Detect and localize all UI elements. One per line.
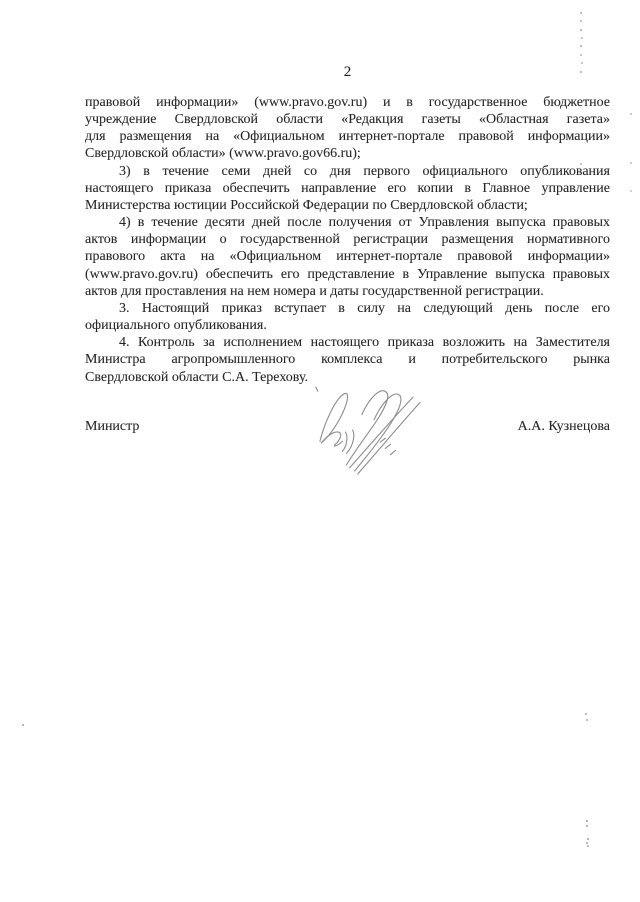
- scan-noise-artifacts: [0, 0, 2, 2]
- text-line: Министра агропромышленного комплекса и п…: [85, 351, 610, 368]
- text-line: официального опубликования.: [85, 317, 610, 334]
- text-line: учреждение Свердловской области «Редакци…: [85, 111, 610, 128]
- text-line: для размещения на «Официальном интернет-…: [85, 128, 610, 145]
- text-line: 4) в течение десяти дней после получения…: [85, 214, 610, 231]
- text-line: настоящего приказа обеспечить направлени…: [85, 180, 610, 197]
- page-number: 2: [85, 64, 610, 81]
- document-body: правовой информации» (www.pravo.gov.ru) …: [85, 94, 610, 386]
- text-line: правовой информации» (www.pravo.gov.ru) …: [85, 94, 610, 111]
- text-line: 3) в течение семи дней со дня первого оф…: [85, 163, 610, 180]
- scanned-document-page: 2 правовой информации» (www.pravo.gov.ru…: [0, 0, 640, 902]
- handwritten-signature-icon: [313, 384, 427, 476]
- signer-title: Министр: [85, 419, 139, 435]
- text-line: Свердловской области» (www.pravo.gov66.r…: [85, 145, 610, 162]
- text-line: 4. Контроль за исполнением настоящего пр…: [85, 334, 610, 351]
- text-line: актов для проставления на нем номера и д…: [85, 283, 610, 300]
- text-line: актов информации о государственной регис…: [85, 231, 610, 248]
- text-line: 3. Настоящий приказ вступает в силу на с…: [85, 300, 610, 317]
- signer-name: А.А. Кузнецова: [518, 419, 610, 435]
- text-line: правового акта на «Официальном интернет-…: [85, 248, 610, 265]
- text-line: (www.pravo.gov.ru) обеспечить его предст…: [85, 266, 610, 283]
- text-line: Министерства юстиции Российской Федераци…: [85, 197, 610, 214]
